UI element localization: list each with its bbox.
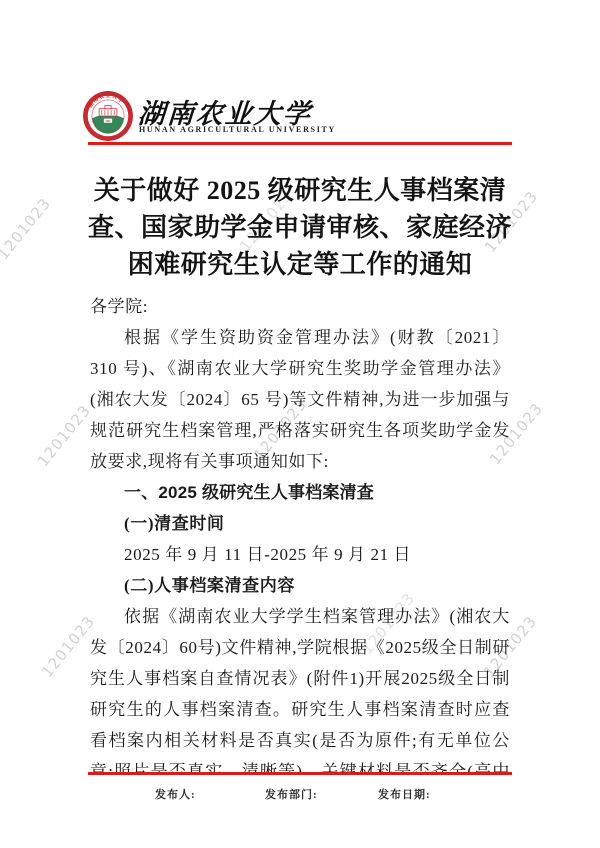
seal-year-text: 1951 (105, 120, 111, 123)
university-seal-logo: 湖南农业大学 HUNAN AGRICULTURAL UNIVERSITY 195… (82, 90, 134, 142)
paragraph-inspection-content: 依据《湖南农业大学学生档案管理办法》(湘农大发〔2024〕60号)文件精神,学院… (90, 601, 510, 772)
notice-body: 各学院: 根据《学生资助资金管理办法》(财教〔2021〕310 号)、《湖南农业… (90, 291, 510, 772)
section-1-heading: 一、2025 级研究生人事档案清查 (90, 477, 510, 508)
watermark: 1201023 (0, 194, 54, 263)
notice-document-page: 1201023 1201023 1201023 1201023 1201023 … (0, 0, 600, 848)
header-rule (88, 142, 512, 145)
footer-date-label: 发布日期: (378, 786, 431, 802)
paragraph-basis: 根据《学生资助资金管理办法》(财教〔2021〕310 号)、《湖南农业大学研究生… (90, 322, 510, 477)
salutation: 各学院: (90, 291, 510, 322)
footer-rule (88, 772, 512, 775)
inspection-date-range: 2025 年 9 月 11 日-2025 年 9 月 21 日 (90, 539, 510, 570)
subsection-1-heading: (一)清查时间 (90, 508, 510, 539)
footer-publisher-label: 发布人: (155, 786, 196, 802)
subsection-2-heading: (二)人事档案清查内容 (90, 570, 510, 601)
university-name-english: HUNAN AGRICULTURAL UNIVERSITY (139, 125, 336, 134)
footer-department-label: 发布部门: (265, 786, 318, 802)
watermark: 1201023 (34, 401, 94, 470)
notice-title: 关于做好 2025 级研究生人事档案清查、国家助学金申请审核、家庭经济困难研究生… (88, 172, 512, 283)
